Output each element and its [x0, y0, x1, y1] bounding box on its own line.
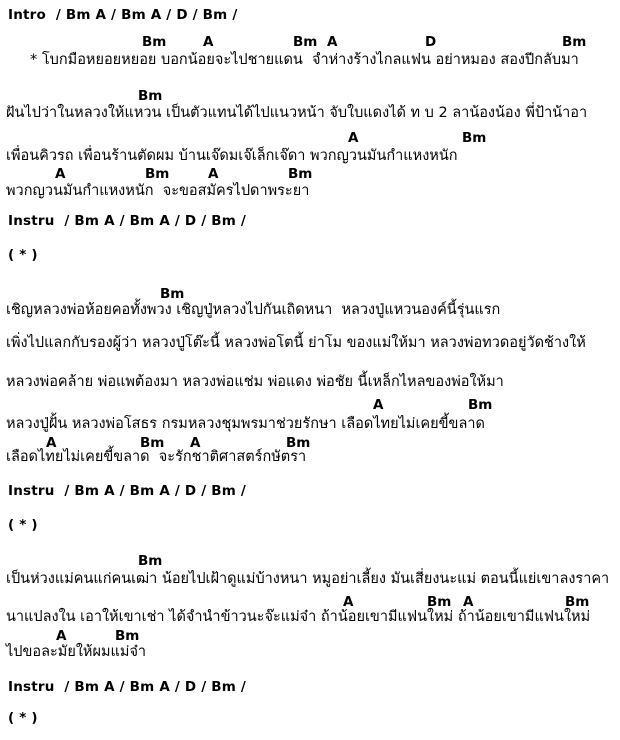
repeat-marker: ( * )	[8, 247, 620, 263]
lyric-line: เลือดไทยไม่เคยขี้ขลาด จะรักชาติศาสตร์กษั…	[6, 447, 620, 467]
chord-line: Bm	[0, 88, 620, 104]
section-header: Instru / Bm A / Bm A / D / Bm /	[8, 679, 620, 695]
lyric-line: พวกญวนมันกำแหงหนัก จะขอสมัครไปดาพระยา	[6, 181, 620, 201]
lyric-line: หลวงพ่อคล้าย พ่อแพต้องมา หลวงพ่อแช่ม พ่อ…	[6, 372, 620, 392]
chord-line: ABm	[0, 397, 620, 413]
section-header: Instru / Bm A / Bm A / D / Bm /	[8, 483, 620, 499]
repeat-marker: ( * )	[8, 710, 620, 726]
chord-symbol: A	[348, 130, 358, 146]
chord-line: BmABmADBm	[0, 34, 620, 50]
chord-symbol: A	[55, 166, 65, 182]
chord-symbol: Bm	[562, 34, 586, 50]
chord-symbol: Bm	[138, 88, 162, 104]
lyric-line: หลวงปู่ฝั้น หลวงพ่อโสธร กรมหลวงชุมพรมาช่…	[6, 414, 620, 434]
chord-symbol: D	[425, 34, 436, 50]
chord-line: ABmABm	[0, 166, 620, 182]
chord-sheet: Intro / Bm A / Bm A / D / Bm /BmABmADBm*…	[0, 0, 620, 740]
lyric-line: ไปขอละมัยให้ผมแม่จ๋า	[6, 642, 620, 662]
section-header: Intro / Bm A / Bm A / D / Bm /	[8, 7, 620, 23]
chord-symbol: Bm	[288, 166, 312, 182]
lyric-line: เพิ่งไปแลกกับรองผู้ว่า หลวงปู่โต๊ะนี้ หล…	[6, 333, 620, 353]
repeat-marker: ( * )	[8, 517, 620, 533]
chord-symbol: Bm	[462, 130, 486, 146]
chord-symbol: Bm	[138, 553, 162, 569]
chord-symbol: Bm	[145, 166, 169, 182]
chord-symbol: Bm	[142, 34, 166, 50]
chord-line: ABm	[0, 130, 620, 146]
lyric-line: เพื่อนคิวรถ เพื่อนร้านตัดผม บ้านเจ๊ดมเจ๊…	[6, 146, 620, 166]
chord-symbol: A	[327, 34, 337, 50]
lyric-line: นาแปลงใน เอาให้เขาเช่า ได้จำนำข้าวนะจ๊ะแ…	[6, 607, 620, 627]
chord-line: Bm	[0, 553, 620, 569]
chord-symbol: Bm	[468, 397, 492, 413]
section-header: Instru / Bm A / Bm A / D / Bm /	[8, 213, 620, 229]
chord-symbol: A	[373, 397, 383, 413]
lyric-line: ฝันไปว่าในหลวงให้แหวน เป็นตัวแทนได้ไปแนว…	[6, 103, 620, 123]
chord-symbol: Bm	[293, 34, 317, 50]
lyric-line: * โบกมือหยอยหยอย บอกน้อยจะไปชายแดน จำห่า…	[30, 50, 620, 70]
lyric-line: เชิญหลวงพ่อห้อยคอทั้งพวง เชิญปู่หลวงไปกั…	[6, 300, 620, 320]
chord-symbol: A	[208, 166, 218, 182]
lyric-line: เป็นห่วงแม่คนแก่คนเฒ่า น้อยไปเฝ้าดูแม่บ้…	[6, 569, 620, 589]
chord-symbol: A	[203, 34, 213, 50]
